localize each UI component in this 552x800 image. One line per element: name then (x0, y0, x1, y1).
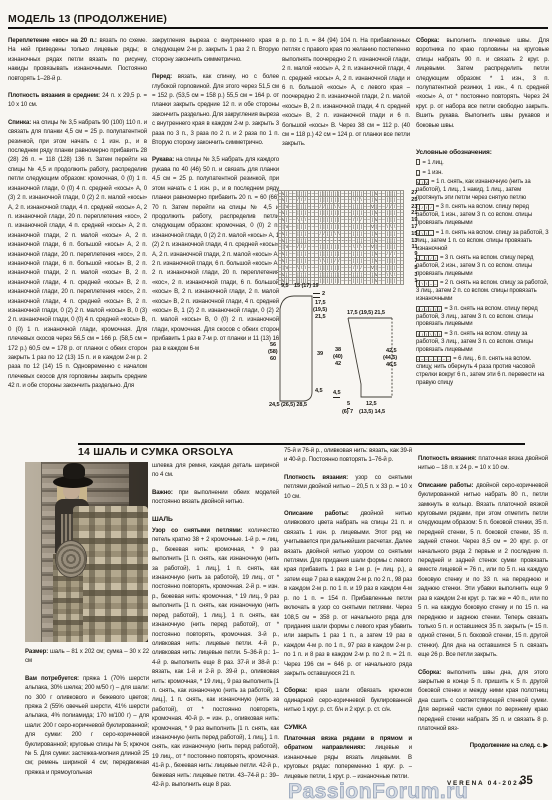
sleeve-measure-right-2: (44,5) (383, 355, 397, 361)
symbol-legend: Условные обозначения: = 1 лиц.–= 1 изн.V… (416, 149, 549, 447)
paragraph: Сборка: края шали обвязать крючком одина… (284, 686, 412, 714)
paragraph-lead: Платочная вязка рядами в прямом и обратн… (284, 735, 412, 751)
chart-row-number: 19 (404, 217, 417, 224)
sleeve-measure-right-1: 42,5 (386, 348, 397, 354)
body-measure-hem: 4,5 (315, 388, 322, 394)
legend-items: = 1 лиц.–= 1 изн.V|V= 1 п. снять, как из… (416, 159, 549, 388)
stitch-symbol-icon: –/// (416, 204, 434, 210)
watermark: PassionForum.ru (288, 780, 468, 800)
stitch-symbol-icon: ~~~~~~~~ (416, 356, 451, 362)
legend-item: \\\–= 1 п. снять на вспом. спицу за рабо… (416, 230, 549, 254)
sleeve-measure-top: 17,5 (19,5) 21,5 (347, 310, 385, 316)
paragraph-lead: Вам потребуется: (25, 675, 83, 682)
section2-column-3: 75-й и 76-й р., оливковая нить: вязать, … (284, 446, 412, 795)
subheading: СУМКА (284, 723, 412, 732)
body-measure-shoulder: 9,5 (281, 283, 288, 289)
knitting-chart: –V|––|||–––||||||–––|||––|V––|||––27–V|–… (278, 190, 417, 285)
chart-row: –V|––|||–––||||||–––|||––|V––|||––27 (278, 190, 417, 197)
sleeve-measure-left-3: 42 (335, 361, 341, 367)
paragraph-lead: Переплетение «кос» на 20 п.: (8, 37, 99, 44)
photo-round-bag (55, 540, 87, 578)
continuation-note: Продолжение на след. с. ▶ (418, 741, 548, 750)
paragraph-lead: Сборка: (284, 687, 315, 694)
chart-row-number: 11 (404, 244, 417, 251)
chart-row-number: 3 (404, 272, 417, 279)
paragraph: закругления выреза с внутреннего края в … (152, 36, 279, 64)
chart-row-number: 15 (404, 231, 417, 238)
paragraph: Важно: при выполнении обеих моделей пост… (152, 488, 279, 507)
body-raise-mark (313, 293, 320, 298)
paragraph: Описание работы: двойной серо-коричневой… (418, 481, 548, 660)
sleeve-measure-bottom-a: 5 (347, 401, 350, 409)
stitch-symbol-icon: V|V (416, 179, 429, 185)
paragraph-lead: Плотность вязания в среднем: (8, 92, 102, 99)
symbol-cell: / (434, 255, 438, 261)
legend-item: –///= 3 п. снять на вспом. спицу перед р… (416, 204, 549, 228)
chart-row-number: 25 (404, 197, 417, 204)
symbol-cell: – (416, 170, 420, 176)
paragraph: Плотность вязания в среднем: 24 п. х 29,… (8, 91, 147, 110)
paragraph-lead: Сборка: (416, 37, 447, 44)
footer-page-number: 35 (520, 775, 533, 787)
body-measure-neck: 15 (17) 19 (294, 283, 319, 289)
stitch-symbol-icon: |||\\\ (416, 331, 442, 337)
legend-item: –= 1 изн. (416, 170, 549, 178)
chart-row: –V|––|||–––||||||–––|||––|V––|||––21 (278, 210, 417, 217)
paragraph: Сборка: выполнить плечевые швы. Для воро… (416, 36, 549, 130)
stitch-symbol-icon: ///||| (416, 306, 442, 312)
legend-item: ///|||= 3 п. снять на вспом. спицу перед… (416, 306, 549, 330)
paragraph: шлевка для ремня, каждая деталь шириной … (152, 461, 279, 480)
paragraph: Плотность вязания: платочная вязка двойн… (418, 454, 548, 473)
sleeve-measure-bottom-b: 12,5 (366, 401, 377, 407)
chart-row-number: 5 (404, 265, 417, 272)
chart-row: –V|––|||––~~~~~~~~~––||––|V––|||––13 (278, 238, 417, 245)
paragraph-lead: Перед: (152, 73, 178, 80)
body-measure-armhole-1: 17,5 (315, 300, 326, 306)
paragraph-lead: Сборка: (418, 669, 447, 676)
chart-row: –V|––|||–––\\||//–––|||––|V––|||––7 (278, 258, 417, 265)
paragraph-lead: Размер: (25, 648, 50, 655)
paragraph-lead: Рукава: (152, 156, 176, 163)
section1-column-2: закругления выреза с внутреннего края в … (152, 36, 279, 434)
chart-row: –V|––|||–––||||||–––|||––|V––\\\––3 (278, 272, 417, 279)
body-measure-armhole-3: 21,5 (315, 314, 326, 320)
section1-column-3: р. по 1 п. = 84 (94) 104 п. На прибавлен… (282, 36, 410, 188)
symbol-cell: V (425, 179, 429, 185)
paragraph: Спинка: на спицы № 3,5 набрать 90 (100) … (8, 118, 147, 391)
paragraph-lead: Описание работы: (418, 482, 476, 489)
paragraph: 75-й и 76-й р., оливковая нить: вязать, … (284, 446, 412, 465)
chart-row: –|V––///–––||||||–––\\\––V|––|||––11 (278, 244, 417, 251)
model-photo (25, 462, 148, 642)
symbol-cell: \ (438, 331, 442, 337)
paragraph: Описание работы: двойной нитью оливковог… (284, 509, 412, 678)
section2-rule (78, 443, 525, 445)
chart-row-number: 17 (404, 224, 417, 231)
body-measure-side: 39 (317, 351, 323, 357)
chart-row: –|V––|||–––//||\\–––|||––V|––///––23 (278, 204, 417, 211)
magazine-page: МОДЕЛЬ 13 (ПРОДОЛЖЕНИЕ) Переплетение «ко… (0, 0, 552, 800)
legend-item: = 1 лиц. (416, 159, 549, 168)
sleeve-measure-bottom-b2: (13,5) 14,5 (359, 409, 385, 415)
chart-row-number: 23 (404, 204, 417, 211)
paragraph: Платочная вязка рядами в прямом и обратн… (284, 734, 412, 781)
body-measure-width: 24,5 (26,5) 28,5 (269, 402, 307, 408)
stitch-symbol-icon (416, 159, 420, 165)
symbol-cell: / (429, 204, 433, 210)
sleeve-measure-cuff: 4,5 (333, 390, 340, 398)
symbol-cell: – (429, 230, 433, 236)
sleeve-measure-bottom-a2: (6) 7 (342, 409, 353, 415)
chart-row-number: 21 (404, 210, 417, 217)
subheading: ШАЛЬ (152, 515, 279, 524)
photo-plaid-shawl (73, 506, 148, 642)
paragraph: р. по 1 п. = 84 (94) 104 п. На прибавлен… (282, 36, 410, 149)
chart-row: –V|––///–––||||||–––\\\––|V––|||––25 (278, 197, 417, 204)
symbol-cell: ~ (447, 356, 451, 362)
stitch-symbol-icon: \\\– (416, 230, 434, 236)
chart-row-number: 27 (404, 190, 417, 197)
paragraph: Узор со снятыми петлями: количество пете… (152, 526, 279, 789)
sleeve-measure-left-2: (40) (333, 354, 343, 360)
paragraph: Переплетение «кос» на 20 п.: вязать по с… (8, 36, 147, 83)
chart-row-number: 1 (404, 278, 417, 285)
chart-row: –|V––|||–––||||||–––|||––V|––\\\––17 (278, 224, 417, 231)
section1-column-4: Сборка: выполнить плечевые швы. Для воро… (416, 36, 549, 148)
sleeve-measure-left-1: 38 (335, 347, 341, 353)
legend-item: V|V= 1 п. снять, как изнаночную (нить за… (416, 179, 549, 203)
body-measure-length-1: 56 (270, 342, 276, 348)
chart-row-number: 9 (404, 251, 417, 258)
sleeve-measure-right-3: 46,5 (386, 362, 397, 368)
paragraph-lead: Плотность вязания: (418, 455, 478, 462)
legend-item: ~~~~~~~~= 6 лиц., 6 п. снять на вспом. с… (416, 356, 549, 388)
chart-row: –V|––|||–––||||||–––|||––|V––///––9 (278, 251, 417, 258)
section1-rule (8, 27, 548, 29)
paragraph: Рукава: на спицы № 3,5 набрать для каждо… (152, 155, 279, 353)
chart-row-number: 7 (404, 258, 417, 265)
section1-title: МОДЕЛЬ 13 (ПРОДОЛЖЕНИЕ) (8, 13, 167, 25)
stitch-symbol-icon: ––/// (416, 255, 438, 261)
section2-column-4: Плотность вязания: платочная вязка двойн… (418, 454, 548, 784)
paragraph-lead: Спинка: (8, 119, 33, 126)
chart-row-number: 13 (404, 238, 417, 245)
legend-title: Условные обозначения: (416, 149, 549, 157)
section2-column-2: шлевка для ремня, каждая деталь шириной … (152, 461, 279, 795)
paragraph-lead: Важно: (152, 489, 179, 496)
body-measure-length-3: 60 (270, 356, 276, 362)
chart-row: –V|––|||–––//||\\–––|||––|V––|||––15 (278, 231, 417, 238)
legend-item: |||\\\= 3 п. снять на вспом. спицу за ра… (416, 331, 549, 355)
symbol-cell: – (434, 280, 438, 286)
paragraph-lead: Узор со снятыми петлями: (152, 527, 248, 534)
paragraph: Плотность вязания: узор со снятыми петля… (284, 473, 412, 501)
paragraph-lead: Плотность вязания: (284, 474, 355, 481)
paragraph-lead: Описание работы: (284, 510, 361, 517)
section2-title: 14 ШАЛЬ И СУМКА ORSOLYA (78, 446, 233, 458)
section2-column-1: Размер: шаль – 81 х 202 см; сумка – 30 х… (25, 647, 149, 795)
chart-row: –|V––\\\–––||||||–––///––V|––|||––5 (278, 265, 417, 272)
body-measure-armhole-2: (19,5) (313, 307, 327, 313)
section1-column-1: Переплетение «кос» на 20 п.: вязать по с… (8, 36, 147, 418)
paragraph: Размер: шаль – 81 х 202 см; сумка – 30 х… (25, 647, 149, 666)
stitch-symbol-icon: \\\–– (416, 280, 438, 286)
symbol-cell (416, 159, 420, 165)
stitch-symbol-icon: – (416, 170, 420, 176)
symbol-cell: | (438, 306, 442, 312)
chart-row: –V|––\\\–––||||||–––///––|V––|||––19 (278, 217, 417, 224)
body-measure-raise: 2 (322, 291, 325, 297)
paragraph: Вам потребуется: пряжа 1 (70% шерсти аль… (25, 674, 149, 777)
photo-hat-crown (63, 463, 85, 479)
body-measure-length-2: (58) (268, 349, 278, 355)
paragraph: Перед: вязать, как спинку, но с более гл… (152, 72, 279, 147)
legend-item: ––///= 3 п. снять на вспом. спицу перед … (416, 255, 549, 279)
legend-item: \\\––= 2 п. снять на вспом. спицу за раб… (416, 280, 549, 304)
paragraph: Сборка: выполнить швы дна, для этого зак… (418, 668, 548, 734)
